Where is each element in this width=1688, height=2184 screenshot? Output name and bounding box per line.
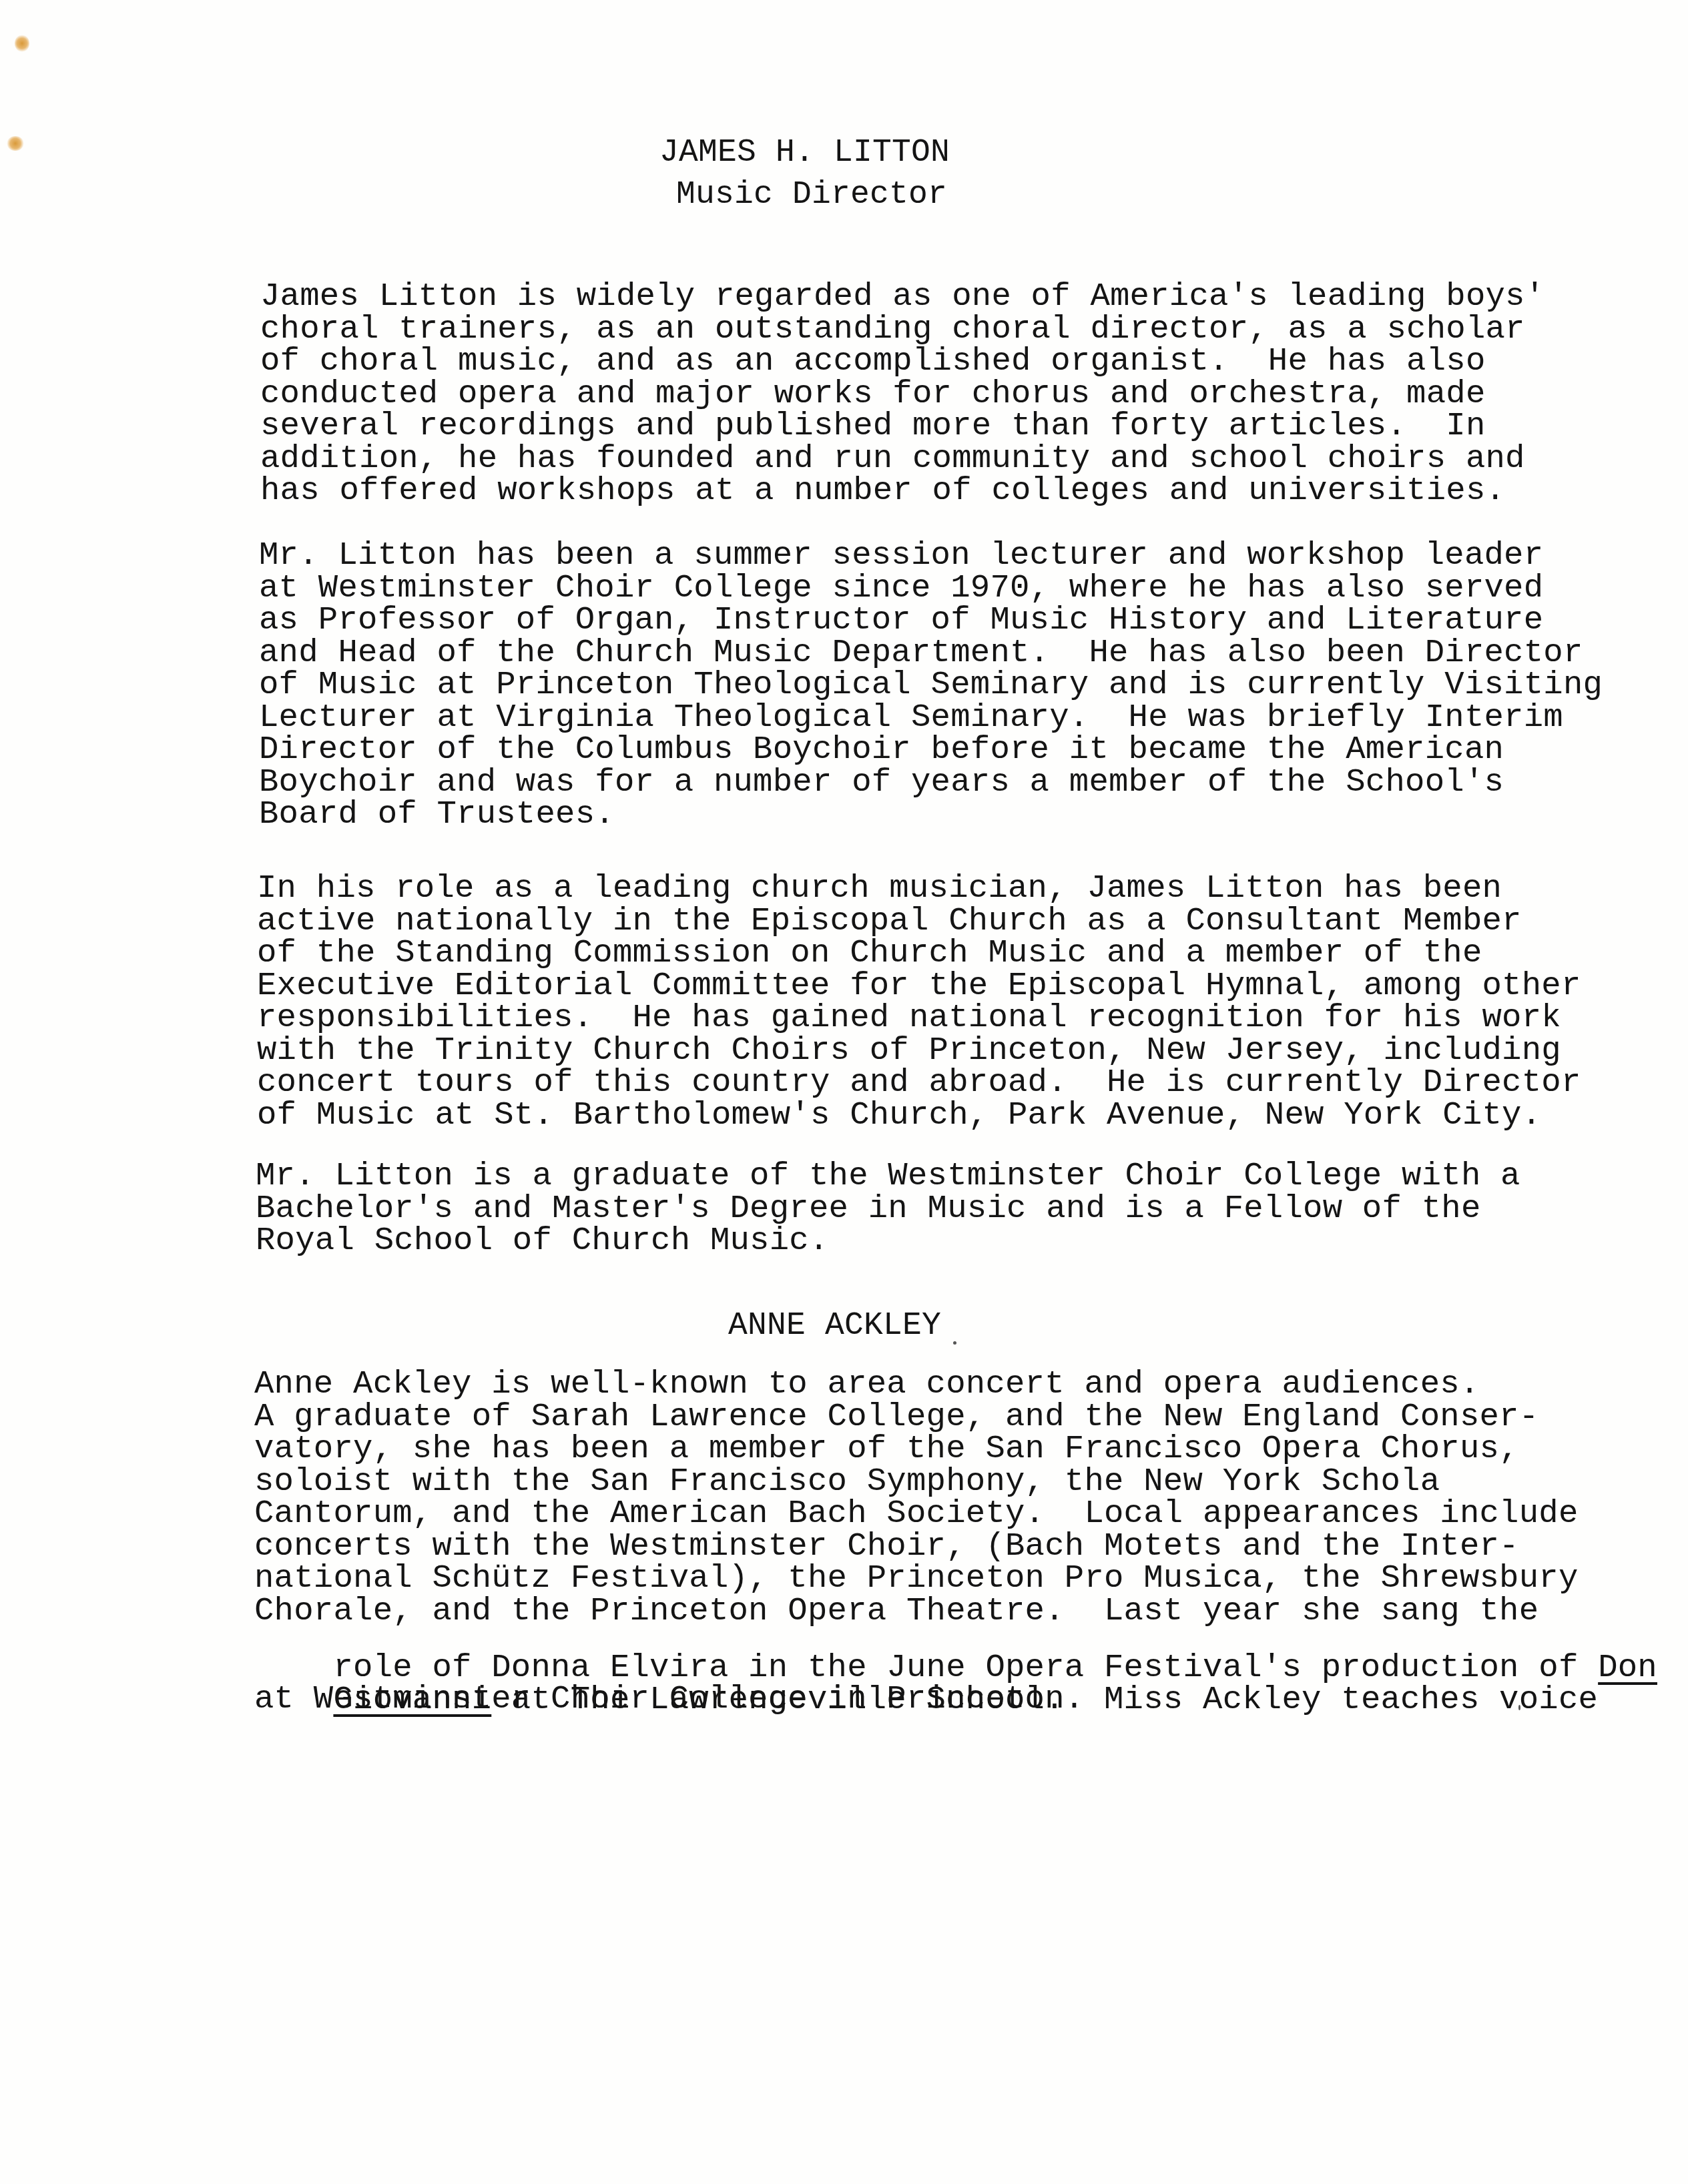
paragraph-line: Boychoir and was for a number of years a… [259,766,1504,799]
paragraph-line: Lecturer at Virginia Theological Seminar… [259,701,1563,734]
opera-title-underlined: Don [1598,1649,1657,1686]
paragraph-line: and Head of the Church Music Department.… [259,637,1583,669]
paragraph-line: Mr. Litton is a graduate of the Westmins… [256,1160,1520,1192]
ackley-line: Anne Ackley is well-known to area concer… [254,1368,1480,1401]
ackley-line: Cantorum, and the American Bach Society.… [254,1497,1579,1530]
paragraph-line: Director of the Columbus Boychoir before… [259,733,1504,766]
scan-speck [953,1341,956,1345]
paragraph-line: Board of Trustees. [259,798,615,831]
paragraph-line: addition, he has founded and run communi… [260,442,1525,475]
ackley-line: soloist with the San Francisco Symphony,… [254,1465,1440,1498]
document-page: JAMES H. LITTON Music Director James Lit… [0,0,1688,2184]
paragraph-line: concert tours of this country and abroad… [257,1066,1581,1099]
paragraph-line: of choral music, and as an accomplished … [260,345,1486,378]
person-name-heading: JAMES H. LITTON [659,137,950,169]
paragraph-line: Bachelor's and Master's Degree in Music … [256,1192,1481,1225]
paragraph-line: has offered workshops at a number of col… [260,474,1505,507]
ackley-heading: ANNE ACKLEY [728,1310,941,1342]
paragraph-line: several recordings and published more th… [260,410,1486,442]
paragraph-line: choral trainers, as an outstanding chora… [260,313,1525,346]
paragraph-line: conducted opera and major works for chor… [260,378,1486,410]
staple-rust-mark [15,35,29,52]
ackley-line: national Schütz Festival), the Princeton… [254,1562,1579,1595]
paragraph-line: James Litton is widely regarded as one o… [260,280,1544,313]
paragraph-line: of Music at St. Bartholomew's Church, Pa… [257,1099,1541,1132]
paragraph-line: Mr. Litton has been a summer session lec… [259,539,1543,572]
staple-rust-mark [7,136,24,151]
paragraph-line: responsibilities. He has gained national… [257,1002,1561,1034]
role-subheading: Music Director [676,179,947,211]
ackley-line: vatory, she has been a member of the San… [254,1433,1519,1465]
ackley-line: at Westminster Choir College in Princeto… [254,1683,1084,1716]
paragraph-line: Royal School of Church Music. [256,1224,829,1257]
paragraph-line: Executive Editorial Committee for the Ep… [257,970,1581,1002]
paragraph-line: In his role as a leading church musician… [257,872,1502,905]
paragraph-line: active nationally in the Episcopal Churc… [257,905,1522,938]
ackley-line: A graduate of Sarah Lawrence College, an… [254,1401,1538,1433]
paragraph-line: with the Trinity Church Choirs of Prince… [257,1034,1561,1067]
ackley-line: concerts with the Westminster Choir, (Ba… [254,1530,1519,1563]
paragraph-line: at Westminster Choir College since 1970,… [259,572,1543,605]
paragraph-line: of Music at Princeton Theological Semina… [259,669,1603,701]
paragraph-line: as Professor of Organ, Instructor of Mus… [259,604,1543,637]
paragraph-line: of the Standing Commission on Church Mus… [257,937,1482,970]
scan-speck [1518,1705,1520,1710]
